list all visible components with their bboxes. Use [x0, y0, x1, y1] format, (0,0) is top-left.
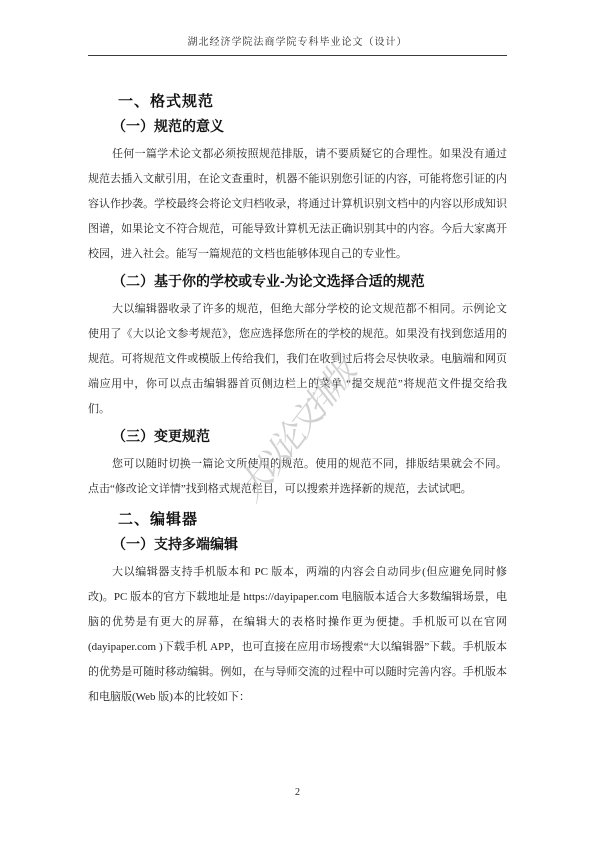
paragraph: 大以编辑器支持手机版本和 PC 版本，两端的内容会自动同步(但应避免同时修改)。…	[88, 560, 507, 710]
paragraph: 大以编辑器收录了许多的规范，但绝大部分学校的论文规范都不相同。示例论文使用了《大…	[88, 297, 507, 422]
document-page: 湖北经济学院法商学院专科毕业论文（设计） 大以论文排版 一、格式规范 （一）规范…	[0, 0, 595, 842]
paragraph: 您可以随时切换一篇论文所使用的规范。使用的规范不同，排版结果就会不同。点击“修改…	[88, 452, 507, 502]
heading-level2-multi-device-editing: （一）支持多端编辑	[88, 535, 507, 553]
page-number: 2	[295, 787, 300, 798]
heading-level2-choose-standard: （二）基于你的学校或专业-为论文选择合适的规范	[88, 272, 507, 290]
header-title: 湖北经济学院法商学院专科毕业论文（设计）	[188, 37, 408, 48]
heading-level2-meaning-of-standards: （一）规范的意义	[88, 117, 507, 135]
heading-level1-editor: 二、编辑器	[88, 510, 507, 530]
page-footer: 2	[0, 787, 595, 798]
heading-level2-change-standard: （三）变更规范	[88, 427, 507, 445]
paragraph: 任何一篇学术论文都必须按照规范排版，请不要质疑它的合理性。如果没有通过规范去插入…	[88, 142, 507, 267]
heading-level1-format-standards: 一、格式规范	[88, 92, 507, 112]
document-body: 一、格式规范 （一）规范的意义 任何一篇学术论文都必须按照规范排版，请不要质疑它…	[88, 84, 507, 710]
page-header: 湖北经济学院法商学院专科毕业论文（设计）	[88, 36, 507, 56]
